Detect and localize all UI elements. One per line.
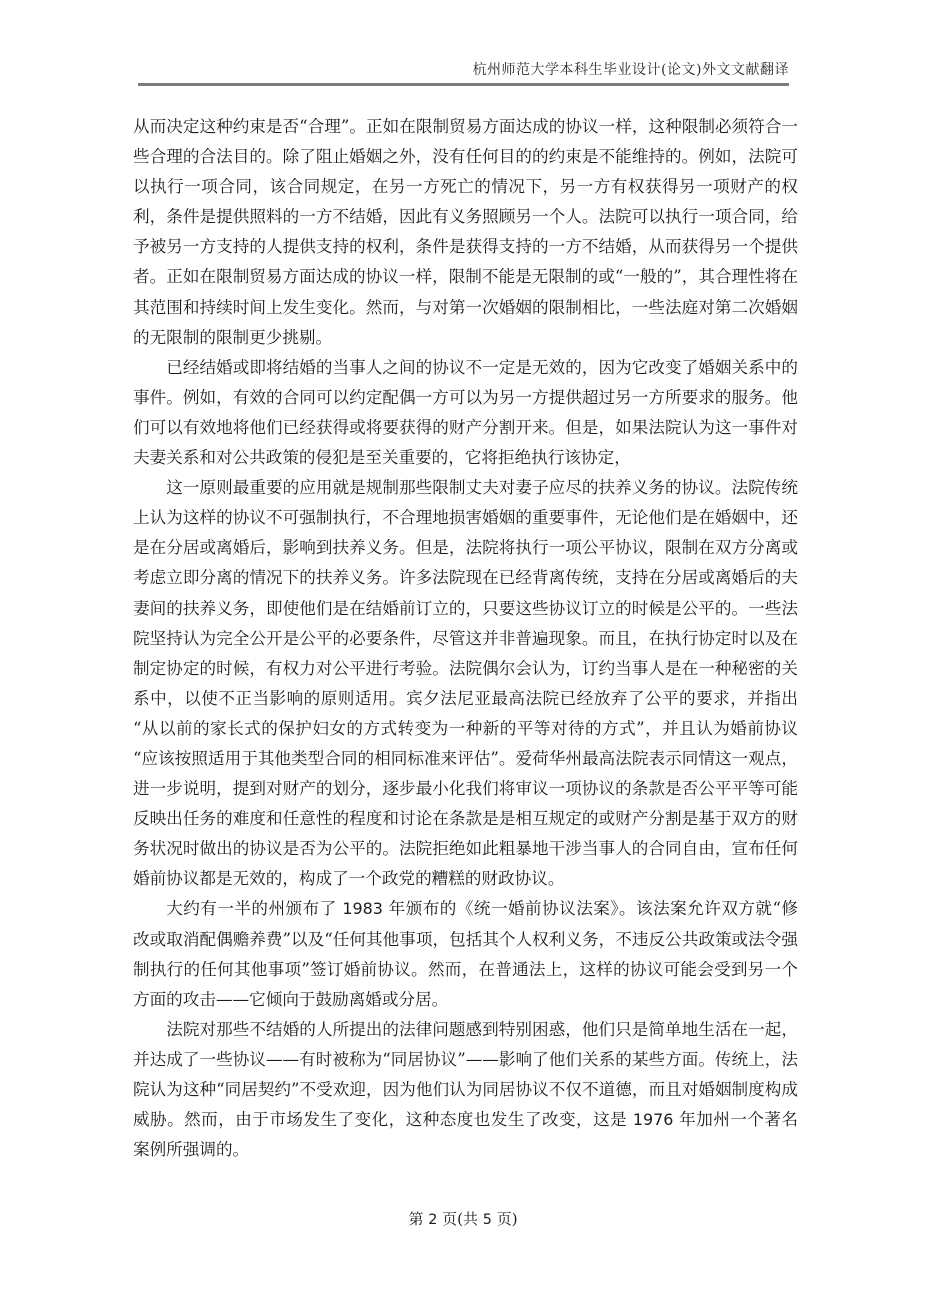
header-rule: [138, 83, 789, 86]
numeral: 5: [483, 1212, 492, 1228]
numeral: 2: [428, 1212, 437, 1228]
page-footer: 第 2 页(共 5 页): [0, 1208, 926, 1231]
paragraph: 已经结婚或即将结婚的当事人之间的协议不一定是无效的，因为它改变了婚姻关系中的事件…: [133, 353, 798, 473]
header-title: 杭州师范大学本科生毕业设计(论文)外文文献翻译: [473, 62, 789, 78]
page-header: 杭州师范大学本科生毕业设计(论文)外文文献翻译: [138, 60, 789, 80]
document-page: 杭州师范大学本科生毕业设计(论文)外文文献翻译 从而决定这种约束是否“合理”。正…: [0, 0, 926, 1309]
paragraph: 这一原则最重要的应用就是规制那些限制丈夫对妻子应尽的扶养义务的协议。法院传统上认…: [133, 473, 798, 894]
paragraph: 法院对那些不结婚的人所提出的法律问题感到特别困惑，他们只是简单地生活在一起，并达…: [133, 1015, 798, 1165]
page-number: 第 2 页(共 5 页): [408, 1210, 517, 1228]
numeral: 1983: [342, 899, 383, 918]
document-body: 从而决定这种约束是否“合理”。正如在限制贸易方面达成的协议一样，这种限制必须符合…: [133, 112, 798, 1165]
paragraph: 从而决定这种约束是否“合理”。正如在限制贸易方面达成的协议一样，这种限制必须符合…: [133, 112, 798, 353]
numeral: 1976: [633, 1110, 674, 1129]
paragraph: 大约有一半的州颁布了 1983 年颁布的《统一婚前协议法案》。该法案允许双方就“…: [133, 894, 798, 1014]
